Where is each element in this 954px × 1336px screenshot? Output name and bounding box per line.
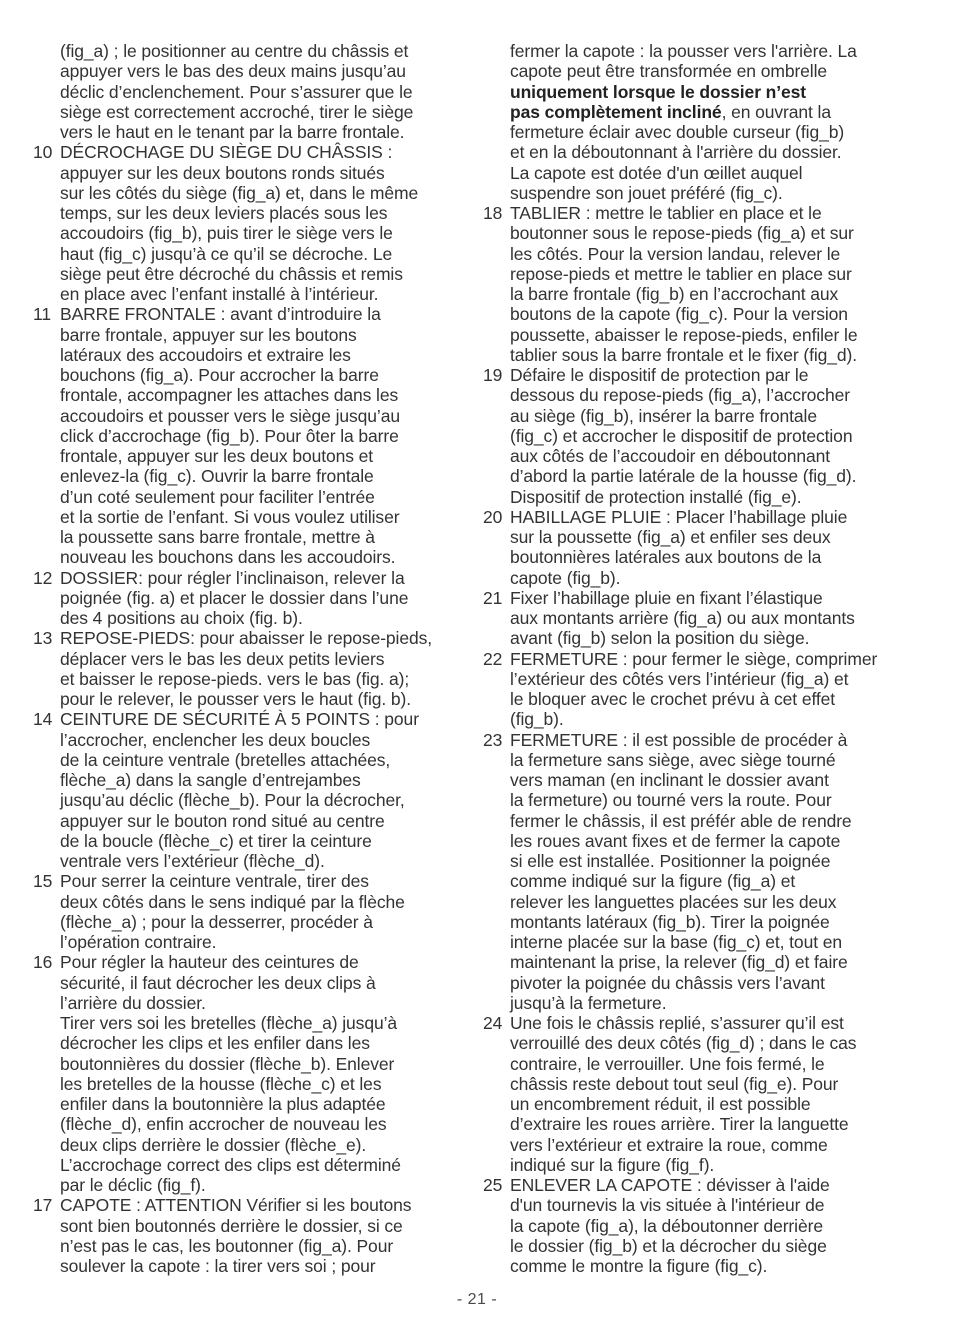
item-number: 19 bbox=[483, 365, 508, 385]
text-line: décrocher les clips et les enfiler dans … bbox=[60, 1033, 473, 1053]
text-line: tablier sous la barre frontale et le fix… bbox=[510, 345, 935, 365]
list-item: 25ENLEVER LA CAPOTE : dévisser à l'aided… bbox=[483, 1175, 935, 1276]
text-line: interne placée sur la base (fig_c) et, t… bbox=[510, 932, 935, 952]
text-line: un encombrement réduit, il est possible bbox=[510, 1094, 935, 1114]
list-item: 10DÉCROCHAGE DU SIÈGE DU CHÂSSIS :appuye… bbox=[33, 142, 473, 304]
text-line: pivoter la poignée du châssis vers l’ava… bbox=[510, 973, 935, 993]
text-line: poignée (fig. a) et placer le dossier da… bbox=[60, 588, 473, 608]
text-line: la poussette sans barre frontale, mettre… bbox=[60, 527, 473, 547]
text-line: la barre frontale (fig_b) en l’accrochan… bbox=[510, 284, 935, 304]
text-line: vers le haut en le tenant par la barre f… bbox=[60, 122, 473, 142]
text-line: sécurité, il faut décrocher les deux cli… bbox=[60, 973, 473, 993]
text-line: L’accrochage correct des clips est déter… bbox=[60, 1155, 473, 1175]
item-number: 22 bbox=[483, 649, 508, 669]
text-line: click d’accrochage (fig_b). Pour ôter la… bbox=[60, 426, 473, 446]
text-line: sur les côtés du siège (fig_a) et, dans … bbox=[60, 183, 473, 203]
item-number: 18 bbox=[483, 203, 508, 223]
text-line: siège peut être décroché du châssis et r… bbox=[60, 264, 473, 284]
text-line: la capote (fig_a), la déboutonner derriè… bbox=[510, 1216, 935, 1236]
page-number: - 21 - bbox=[0, 1291, 954, 1309]
text-line: fermer la capote : la pousser vers l'arr… bbox=[510, 41, 935, 61]
text-line: frontale, appuyer sur les deux boutons e… bbox=[60, 446, 473, 466]
text-line: frontale, accompagner les attaches dans … bbox=[60, 385, 473, 405]
text-line: nouveau les bouchons dans les accoudoirs… bbox=[60, 547, 473, 567]
text-line: l’arrière du dossier. bbox=[60, 993, 473, 1013]
text-line: boutonnières latérales aux boutons de la bbox=[510, 547, 935, 567]
text-line: et baisser le repose-pieds. vers le bas … bbox=[60, 669, 473, 689]
list-item: 24Une fois le châssis replié, s’assurer … bbox=[483, 1013, 935, 1175]
text-line: boutons de la capote (fig_c). Pour la ve… bbox=[510, 304, 935, 324]
text-line: relever les languettes placées sur les d… bbox=[510, 892, 935, 912]
text-line: deux clips derrière le dossier (flèche_e… bbox=[60, 1135, 473, 1155]
left-column: (fig_a) ; le positionner au centre du ch… bbox=[33, 41, 473, 1276]
text-line: poussette, abaisser le repose-pieds, enf… bbox=[510, 325, 935, 345]
text-line: Défaire le dispositif de protection par … bbox=[510, 365, 935, 385]
list-item: 19Défaire le dispositif de protection pa… bbox=[483, 365, 935, 507]
text-line: le dossier (fig_b) et la décrocher du si… bbox=[510, 1236, 935, 1256]
text-line: Dispositif de protection installé (fig_e… bbox=[510, 487, 935, 507]
text-line: le bloquer avec le crochet prévu à cet e… bbox=[510, 689, 935, 709]
text-line: contraire, le verrouiller. Une fois ferm… bbox=[510, 1054, 935, 1074]
text-line: FERMETURE : il est possible de procéder … bbox=[510, 730, 935, 750]
text-line: comme le montre la figure (fig_c). bbox=[510, 1256, 935, 1276]
text-line: boutonner sous le repose-pieds (fig_a) e… bbox=[510, 223, 935, 243]
list-item: 22FERMETURE : pour fermer le siège, comp… bbox=[483, 649, 935, 730]
text-line: Une fois le châssis replié, s’assurer qu… bbox=[510, 1013, 935, 1033]
text-line: REPOSE-PIEDS: pour abaisser le repose-pi… bbox=[60, 628, 473, 648]
text-line: jusqu’au déclic (flèche_b). Pour la décr… bbox=[60, 790, 473, 810]
text-line: BARRE FRONTALE : avant d’introduire la bbox=[60, 304, 473, 324]
text-line: châssis reste debout tout seul (fig_e). … bbox=[510, 1074, 935, 1094]
list-item: (fig_a) ; le positionner au centre du ch… bbox=[33, 41, 473, 142]
item-number: 23 bbox=[483, 730, 508, 750]
text-line: FERMETURE : pour fermer le siège, compri… bbox=[510, 649, 935, 669]
text-line: DOSSIER: pour régler l’inclinaison, rele… bbox=[60, 568, 473, 588]
item-number: 17 bbox=[33, 1195, 58, 1215]
text-line: au siège (fig_b), insérer la barre front… bbox=[510, 406, 935, 426]
manual-page: { "page": { "number_label": "- 21 -" }, … bbox=[0, 0, 954, 1336]
item-number: 21 bbox=[483, 588, 508, 608]
text-line: flèche_a) dans la sangle d’entrejambes bbox=[60, 770, 473, 790]
text-line: (fig_b). bbox=[510, 709, 935, 729]
text-line: l’accrocher, enclencher les deux boucles bbox=[60, 730, 473, 750]
text-line: ventrale vers l’extérieur (flèche_d). bbox=[60, 851, 473, 871]
text-line: haut (fig_c) jusqu’à ce qu’il se décroch… bbox=[60, 244, 473, 264]
text-line: sont bien boutonnés derrière le dossier,… bbox=[60, 1216, 473, 1236]
item-number: 24 bbox=[483, 1013, 508, 1033]
regular-text: , en ouvrant la bbox=[722, 102, 831, 122]
text-line: par le déclic (fig_f). bbox=[60, 1175, 473, 1195]
text-line: enfiler dans la boutonnière la plus adap… bbox=[60, 1094, 473, 1114]
text-line: (fig_a) ; le positionner au centre du ch… bbox=[60, 41, 473, 61]
text-line: maintenant la prise, la relever (fig_d) … bbox=[510, 952, 935, 972]
text-line: les côtés. Pour la version landau, relev… bbox=[510, 244, 935, 264]
text-line: la fermeture sans siège, avec siège tour… bbox=[510, 750, 935, 770]
text-line: (flèche_d), enfin accrocher de nouveau l… bbox=[60, 1114, 473, 1134]
text-line: Fixer l’habillage pluie en fixant l’élas… bbox=[510, 588, 935, 608]
text-line: déclic d’enclenchement. Pour s’assurer q… bbox=[60, 82, 473, 102]
text-line: appuyer sur les deux boutons ronds situé… bbox=[60, 163, 473, 183]
text-line: dessous du repose-pieds (fig_a), l’accro… bbox=[510, 385, 935, 405]
text-line: verrouillé des deux côtés (fig_d) ; dans… bbox=[510, 1033, 935, 1053]
right-column: fermer la capote : la pousser vers l'arr… bbox=[483, 41, 935, 1276]
text-line: en place avec l’enfant installé à l’inté… bbox=[60, 284, 473, 304]
item-number: 20 bbox=[483, 507, 508, 527]
text-line: sur la poussette (fig_a) et enfiler ses … bbox=[510, 527, 935, 547]
list-item: 20HABILLAGE PLUIE : Placer l’habillage p… bbox=[483, 507, 935, 588]
list-item: 15Pour serrer la ceinture ventrale, tire… bbox=[33, 871, 473, 952]
text-line: montants latéraux (fig_b). Tirer la poig… bbox=[510, 912, 935, 932]
text-line: aux montants arrière (fig_a) ou aux mont… bbox=[510, 608, 935, 628]
list-item: 14CEINTURE DE SÉCURITÉ À 5 POINTS : pour… bbox=[33, 709, 473, 871]
text-line: boutonnières du dossier (flèche_b). Enle… bbox=[60, 1054, 473, 1074]
text-line: les bretelles de la housse (flèche_c) et… bbox=[60, 1074, 473, 1094]
text-line: CEINTURE DE SÉCURITÉ À 5 POINTS : pour bbox=[60, 709, 473, 729]
text-line: suspendre son jouet préféré (fig_c). bbox=[510, 183, 935, 203]
text-line: et en la déboutonnant à l'arrière du dos… bbox=[510, 142, 935, 162]
text-line: pas complètement incliné, en ouvrant la bbox=[510, 102, 935, 122]
text-line: d’extraire les roues arrière. Tirer la l… bbox=[510, 1114, 935, 1134]
text-line: les roues avant fixes et de fermer la ca… bbox=[510, 831, 935, 851]
text-line: accoudoirs et pousser vers le siège jusq… bbox=[60, 406, 473, 426]
text-line: n’est pas le cas, les boutonner (fig_a).… bbox=[60, 1236, 473, 1256]
text-line: DÉCROCHAGE DU SIÈGE DU CHÂSSIS : bbox=[60, 142, 473, 162]
text-line: de la boucle (flèche_c) et tirer la cein… bbox=[60, 831, 473, 851]
list-item: fermer la capote : la pousser vers l'arr… bbox=[483, 41, 935, 203]
item-number: 16 bbox=[33, 952, 58, 972]
list-item: 17CAPOTE : ATTENTION Vérifier si les bou… bbox=[33, 1195, 473, 1276]
item-number: 12 bbox=[33, 568, 58, 588]
text-line: appuyer sur le bouton rond situé au cent… bbox=[60, 811, 473, 831]
text-line: (flèche_a) ; pour la desserrer, procéder… bbox=[60, 912, 473, 932]
text-line: uniquement lorsque le dossier n’est bbox=[510, 82, 935, 102]
text-line: vers maman (en inclinant le dossier avan… bbox=[510, 770, 935, 790]
text-line: bouchons (fig_a). Pour accrocher la barr… bbox=[60, 365, 473, 385]
text-line: capote peut être transformée en ombrelle bbox=[510, 61, 935, 81]
text-line: (fig_c) et accrocher le dispositif de pr… bbox=[510, 426, 935, 446]
text-line: temps, sur les deux leviers placés sous … bbox=[60, 203, 473, 223]
text-line: repose-pieds et mettre le tablier en pla… bbox=[510, 264, 935, 284]
list-item: 12DOSSIER: pour régler l’inclinaison, re… bbox=[33, 568, 473, 629]
list-item: 16Pour régler la hauteur des ceintures d… bbox=[33, 952, 473, 1195]
bold-text: pas complètement incliné bbox=[510, 102, 722, 122]
text-line: CAPOTE : ATTENTION Vérifier si les bouto… bbox=[60, 1195, 473, 1215]
text-line: La capote est dotée d'un œillet auquel bbox=[510, 163, 935, 183]
item-number: 15 bbox=[33, 871, 58, 891]
item-number: 25 bbox=[483, 1175, 508, 1195]
text-line: l’extérieur des côtés vers l’intérieur (… bbox=[510, 669, 935, 689]
text-line: d’abord la partie latérale de la housse … bbox=[510, 466, 935, 486]
text-line: HABILLAGE PLUIE : Placer l’habillage plu… bbox=[510, 507, 935, 527]
text-line: indiqué sur la figure (fig_f). bbox=[510, 1155, 935, 1175]
text-line: appuyer vers le bas des deux mains jusqu… bbox=[60, 61, 473, 81]
text-line: Pour régler la hauteur des ceintures de bbox=[60, 952, 473, 972]
text-line: jusqu’à la fermeture. bbox=[510, 993, 935, 1013]
text-line: si elle est installée. Positionner la po… bbox=[510, 851, 935, 871]
text-line: d'un tournevis la vis située à l'intérie… bbox=[510, 1195, 935, 1215]
text-line: de la ceinture ventrale (bretelles attac… bbox=[60, 750, 473, 770]
text-line: latéraux des accoudoirs et extraire les bbox=[60, 345, 473, 365]
text-line: avant (fig_b) selon la position du siège… bbox=[510, 628, 935, 648]
text-line: fermeture éclair avec double curseur (fi… bbox=[510, 122, 935, 142]
text-line: Tirer vers soi les bretelles (flèche_a) … bbox=[60, 1013, 473, 1033]
text-line: la fermeture) ou tourné vers la route. P… bbox=[510, 790, 935, 810]
text-line: pour le relever, le pousser vers le haut… bbox=[60, 689, 473, 709]
text-line: accoudoirs (fig_b), puis tirer le siège … bbox=[60, 223, 473, 243]
text-line: l’opération contraire. bbox=[60, 932, 473, 952]
list-item: 13REPOSE-PIEDS: pour abaisser le repose-… bbox=[33, 628, 473, 709]
bold-text: uniquement lorsque le dossier n’est bbox=[510, 82, 806, 102]
text-line: Pour serrer la ceinture ventrale, tirer … bbox=[60, 871, 473, 891]
text-line: vers l’extérieur et extraire la roue, co… bbox=[510, 1135, 935, 1155]
text-line: enlevez-la (fig_c). Ouvrir la barre fron… bbox=[60, 466, 473, 486]
text-line: aux côtés de l’accoudoir en déboutonnant bbox=[510, 446, 935, 466]
text-line: capote (fig_b). bbox=[510, 568, 935, 588]
item-number: 10 bbox=[33, 142, 58, 162]
list-item: 21Fixer l’habillage pluie en fixant l’él… bbox=[483, 588, 935, 649]
text-line: barre frontale, appuyer sur les boutons bbox=[60, 325, 473, 345]
text-line: et la sortie de l’enfant. Si vous voulez… bbox=[60, 507, 473, 527]
text-line: déplacer vers le bas les deux petits lev… bbox=[60, 649, 473, 669]
list-item: 11BARRE FRONTALE : avant d’introduire la… bbox=[33, 304, 473, 567]
text-line: deux côtés dans le sens indiqué par la f… bbox=[60, 892, 473, 912]
item-number: 14 bbox=[33, 709, 58, 729]
text-line: soulever la capote : la tirer vers soi ;… bbox=[60, 1256, 473, 1276]
text-line: d’un coté seulement pour faciliter l’ent… bbox=[60, 487, 473, 507]
text-line: comme indiqué sur la figure (fig_a) et bbox=[510, 871, 935, 891]
text-line: des 4 positions au choix (fig. b). bbox=[60, 608, 473, 628]
item-number: 13 bbox=[33, 628, 58, 648]
text-line: fermer le châssis, il est préfér able de… bbox=[510, 811, 935, 831]
text-line: siège est correctement accroché, tirer l… bbox=[60, 102, 473, 122]
list-item: 23FERMETURE : il est possible de procéde… bbox=[483, 730, 935, 1014]
text-line: TABLIER : mettre le tablier en place et … bbox=[510, 203, 935, 223]
item-number: 11 bbox=[33, 304, 58, 324]
list-item: 18TABLIER : mettre le tablier en place e… bbox=[483, 203, 935, 365]
text-line: ENLEVER LA CAPOTE : dévisser à l'aide bbox=[510, 1175, 935, 1195]
